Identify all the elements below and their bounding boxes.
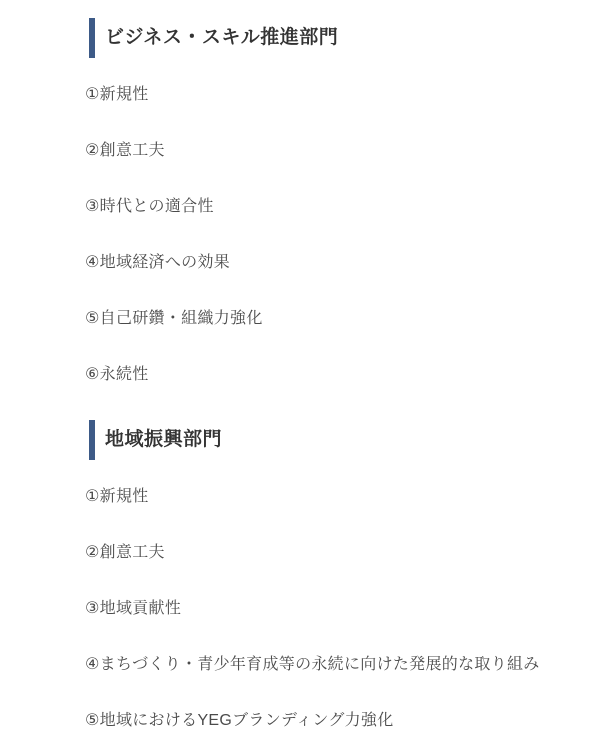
list-item: ⑥永続性	[85, 364, 583, 386]
list-item: ①新規性	[85, 486, 583, 508]
list-item: ①新規性	[85, 84, 583, 106]
list-item: ②創意工夫	[85, 140, 583, 162]
criteria-list: ①新規性 ②創意工夫 ③時代との適合性 ④地域経済への効果 ⑤自己研鑽・組織力強…	[85, 84, 583, 386]
list-item: ④まちづくり・青少年育成等の永続に向けた発展的な取り組み	[85, 654, 583, 676]
section-business-skill: ビジネス・スキル推進部門 ①新規性 ②創意工夫 ③時代との適合性 ④地域経済への…	[85, 18, 583, 386]
content-area: ビジネス・スキル推進部門 ①新規性 ②創意工夫 ③時代との適合性 ④地域経済への…	[0, 0, 603, 732]
list-item: ④地域経済への効果	[85, 252, 583, 274]
list-item: ③地域貢献性	[85, 598, 583, 620]
list-item: ⑤自己研鑽・組織力強化	[85, 308, 583, 330]
list-item: ⑤地域におけるYEGブランディング力強化	[85, 710, 583, 732]
section-heading: 地域振興部門	[89, 420, 583, 460]
list-item: ②創意工夫	[85, 542, 583, 564]
section-title: 地域振興部門	[95, 420, 222, 460]
section-title: ビジネス・スキル推進部門	[95, 18, 338, 58]
section-heading: ビジネス・スキル推進部門	[89, 18, 583, 58]
section-regional-promotion: 地域振興部門 ①新規性 ②創意工夫 ③地域貢献性 ④まちづくり・青少年育成等の永…	[85, 420, 583, 732]
criteria-list: ①新規性 ②創意工夫 ③地域貢献性 ④まちづくり・青少年育成等の永続に向けた発展…	[85, 486, 583, 732]
list-item: ③時代との適合性	[85, 196, 583, 218]
